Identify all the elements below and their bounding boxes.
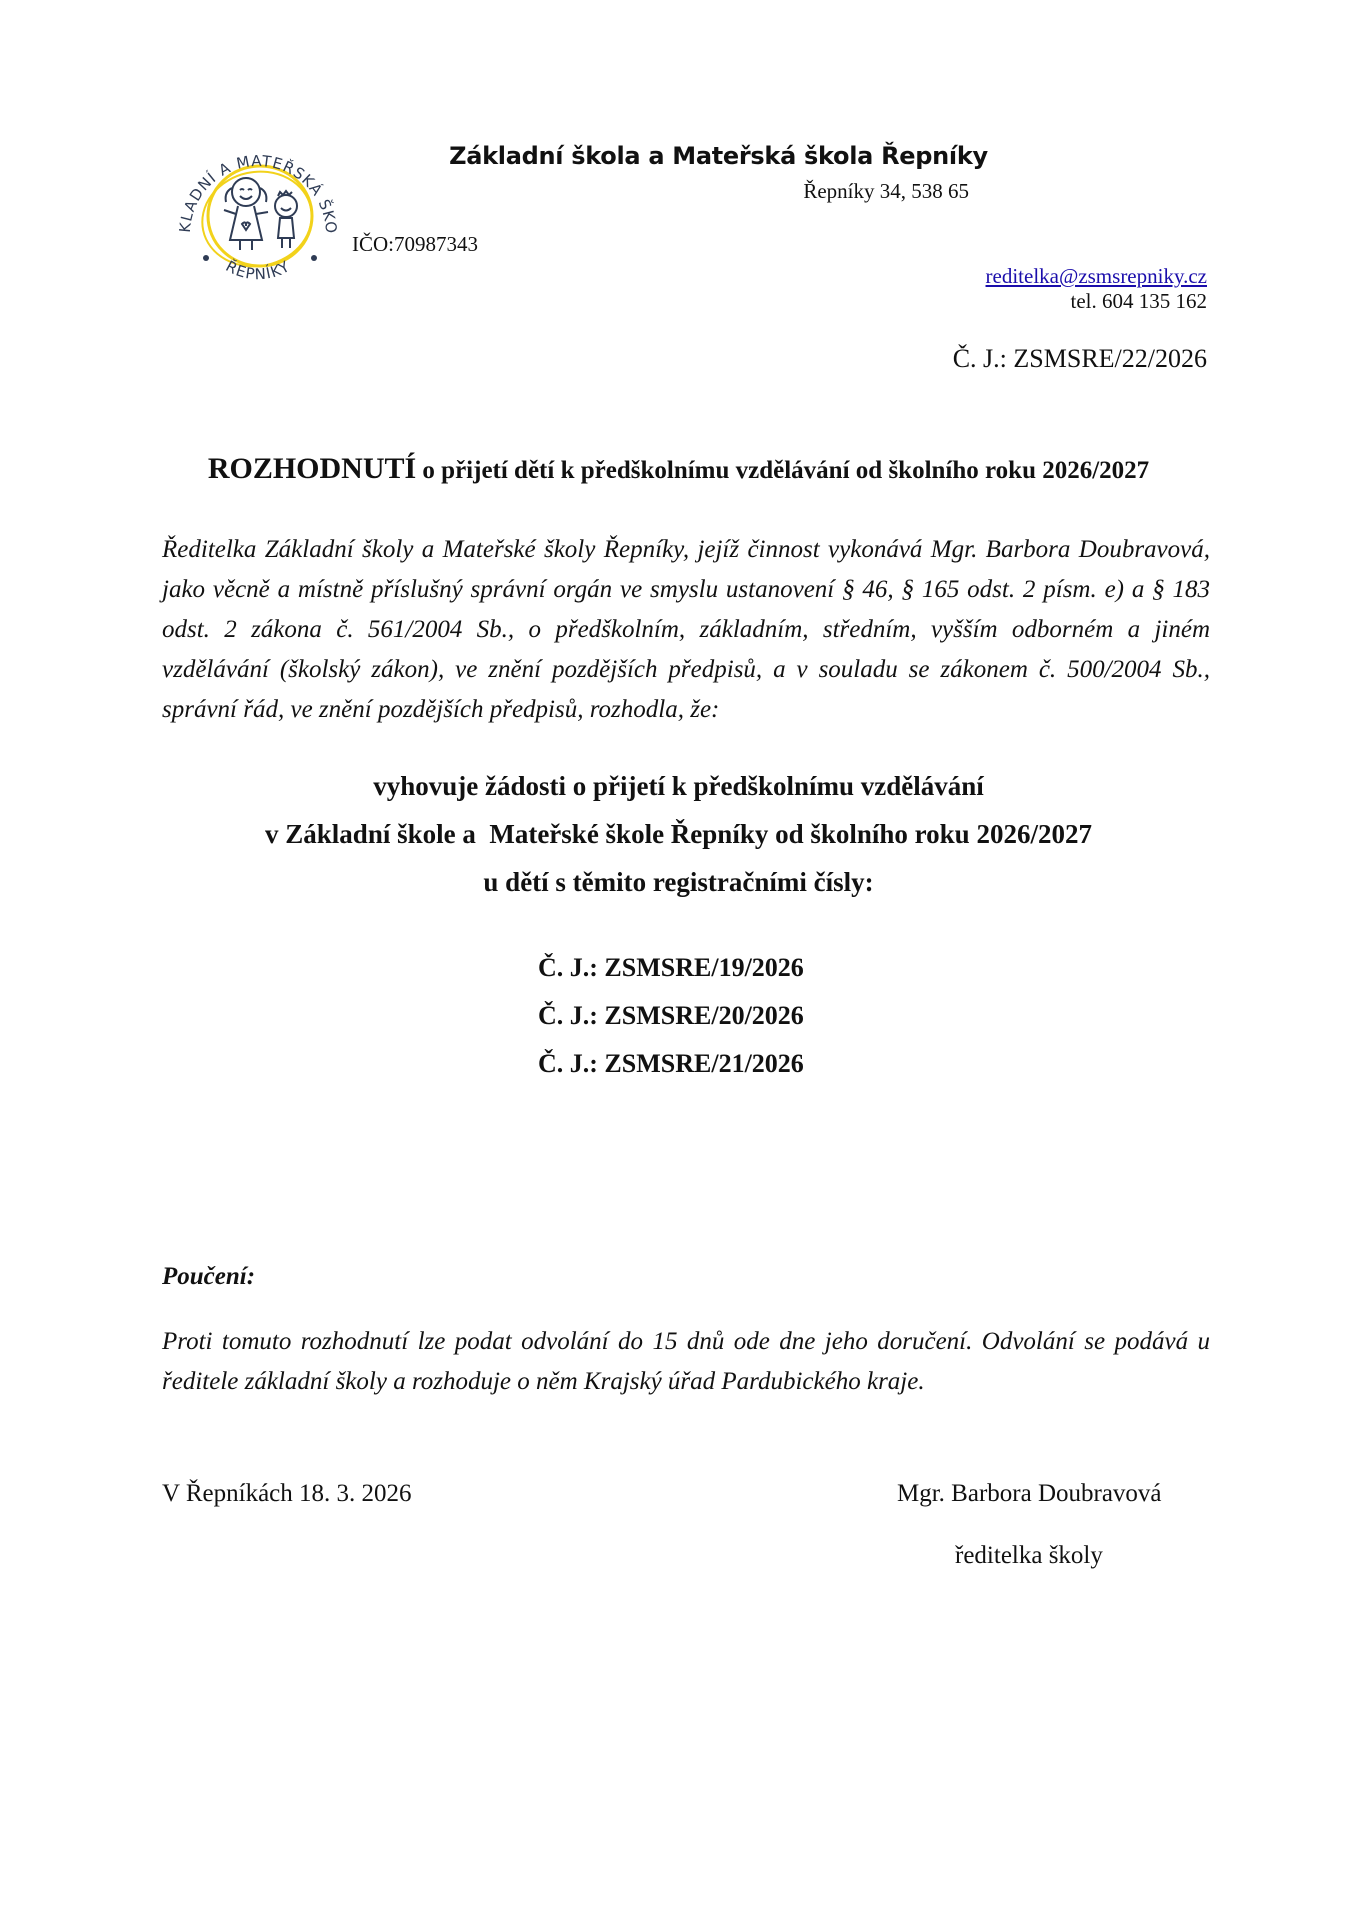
svg-text:ŘEPNÍKY: ŘEPNÍKY — [223, 256, 293, 283]
document-page: ZÁKLADNÍ A MATEŘSKÁ ŠKOLA ŘEPNÍKY — [0, 0, 1357, 1920]
decision-line: u dětí s těmito registračními čísly: — [0, 858, 1357, 906]
decision-statement: vyhovuje žádosti o přijetí k předškolním… — [0, 762, 1357, 906]
instruction-label: Poučení: — [162, 1263, 255, 1291]
registration-number-list: Č. J.: ZSMSRE/19/2026 Č. J.: ZSMSRE/20/2… — [538, 944, 804, 1088]
company-id: IČO:70987343 — [352, 232, 478, 257]
title-rest: o přijetí dětí k předškolnímu vzdělávání… — [416, 457, 1149, 484]
signer-role: ředitelka školy — [955, 1542, 1103, 1570]
registration-number: Č. J.: ZSMSRE/21/2026 — [538, 1040, 804, 1088]
document-title: ROZHODNUTÍ o přijetí dětí k předškolnímu… — [0, 452, 1357, 486]
title-main: ROZHODNUTÍ — [208, 452, 416, 485]
document-reference: Č. J.: ZSMSRE/22/2026 — [953, 344, 1207, 374]
instruction-text: Proti tomuto rozhodnutí lze podat odvolá… — [162, 1322, 1210, 1402]
place-and-date: V Řepníkách 18. 3. 2026 — [162, 1480, 412, 1508]
registration-number: Č. J.: ZSMSRE/19/2026 — [538, 944, 804, 992]
intro-paragraph: Ředitelka Základní školy a Mateřské škol… — [162, 530, 1210, 730]
decision-line: v Základní škole a Mateřské škole Řepník… — [0, 810, 1357, 858]
decision-line: vyhovuje žádosti o přijetí k předškolním… — [0, 762, 1357, 810]
phone-number: tel. 604 135 162 — [1071, 289, 1208, 314]
email-link[interactable]: reditelka@zsmsrepniky.cz — [986, 264, 1207, 289]
signer-name: Mgr. Barbora Doubravová — [897, 1480, 1162, 1508]
school-address: Řepníky 34, 538 65 — [803, 179, 969, 204]
school-name: Základní škola a Mateřská škola Řepníky — [0, 142, 1357, 170]
registration-number: Č. J.: ZSMSRE/20/2026 — [538, 992, 804, 1040]
